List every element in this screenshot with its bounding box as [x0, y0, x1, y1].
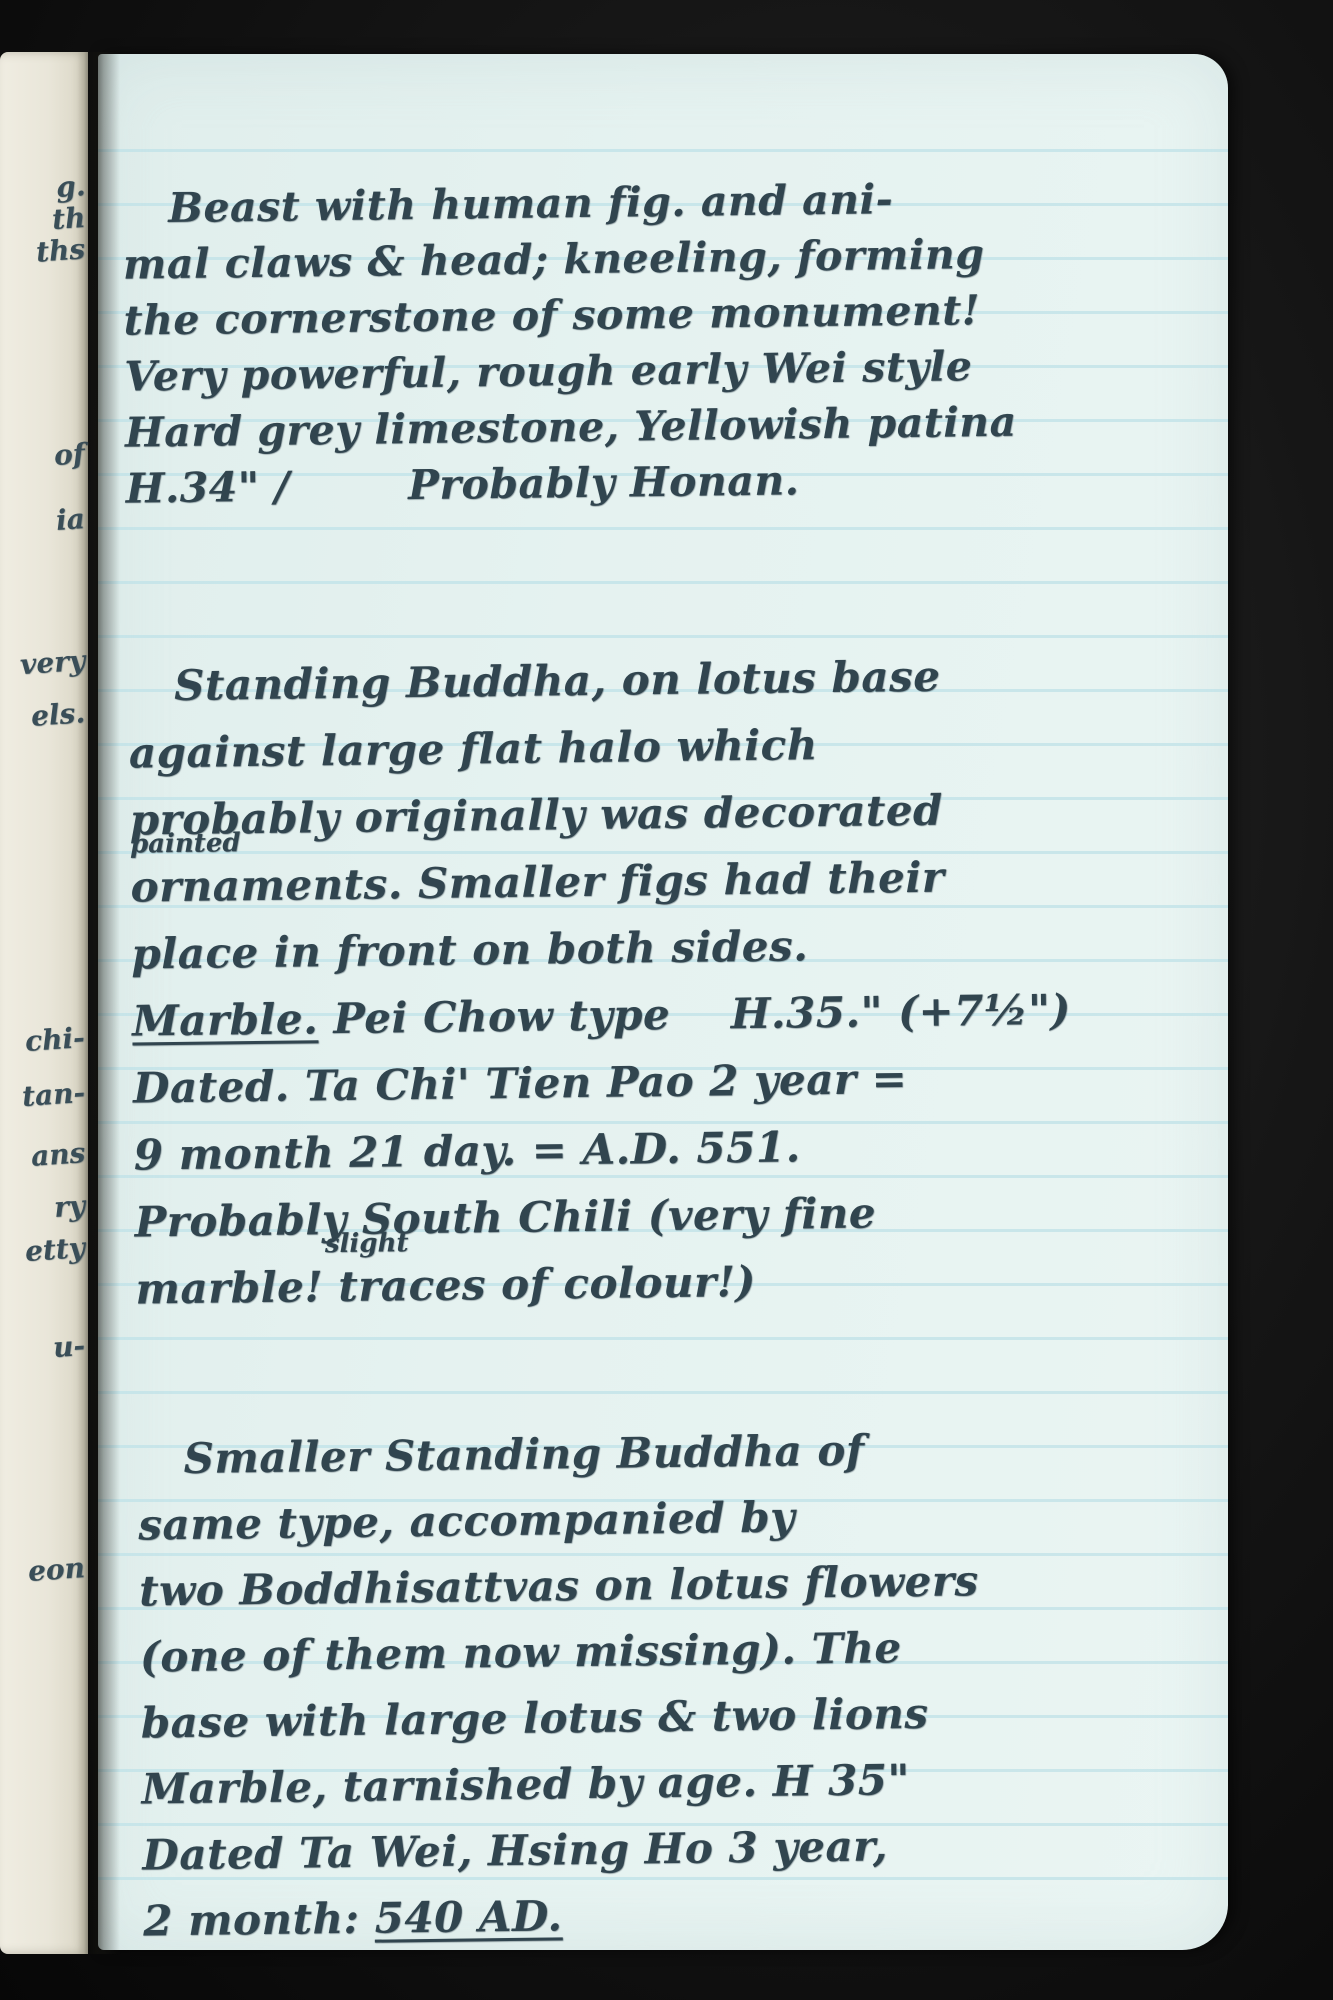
- prev-page-fragment: chi-: [24, 1021, 86, 1058]
- prev-page-fragment: etty: [24, 1231, 86, 1268]
- notebook-page: Beast with human fig. and ani-mal claws …: [98, 54, 1228, 1950]
- handwritten-line: Probably South Chili (very fine: [134, 1176, 1185, 1256]
- handwritten-content: Beast with human fig. and ani-mal claws …: [120, 48, 1213, 1957]
- handwritten-line: place in front on both sides.: [131, 908, 1182, 988]
- prev-page-fragment: eon: [27, 1551, 86, 1588]
- paragraph-beast: Beast with human fig. and ani-mal claws …: [122, 168, 1176, 517]
- prev-page-fragment: ans: [30, 1136, 86, 1173]
- prev-page-fragment: of: [53, 437, 86, 472]
- prev-page-fragment: g.: [55, 169, 87, 204]
- underlined-text: 540 AD.: [374, 1891, 563, 1942]
- handwritten-line: H.34" / Probably Honan.: [125, 448, 1176, 517]
- prev-page-fragment: ia: [55, 502, 86, 537]
- prev-page-fragment: ry: [53, 1189, 86, 1224]
- prev-page-fragment: tan-: [21, 1076, 86, 1113]
- handwritten-line: 9 month 21 day. = A.D. 551.: [133, 1109, 1184, 1189]
- previous-page-edge: g.ththsofiaveryels.chi-tan-ansryettyu-eo…: [0, 52, 88, 1954]
- prev-page-fragment: els.: [30, 696, 86, 733]
- photo-background: g.ththsofiaveryels.chi-tan-ansryettyu-eo…: [0, 0, 1333, 2000]
- prev-page-fragment: ths: [35, 232, 86, 268]
- underlined-text: Marble.: [132, 994, 319, 1045]
- paragraph-smaller-buddha: Smaller Standing Buddha ofsame type, acc…: [137, 1414, 1193, 1955]
- interline-insertion: slight: [325, 1230, 409, 1257]
- prev-page-fragment: th: [51, 201, 87, 236]
- interline-insertion: painted: [130, 830, 241, 857]
- handwritten-line: Marble. Pei Chow type H.35." (+7½"): [132, 975, 1183, 1055]
- handwritten-line: probably originally was decorated: [129, 774, 1180, 854]
- prev-page-fragment: very: [19, 644, 86, 681]
- paragraph-standing-buddha: Standing Buddha, on lotus baseagainst la…: [128, 640, 1186, 1323]
- handwritten-line: against large flat halo which: [129, 707, 1180, 787]
- handwritten-line: Dated. Ta Chi' Tien Pao 2 year =: [133, 1042, 1184, 1122]
- page-gutter-shadow: [84, 52, 120, 1954]
- handwritten-line: ornaments. Smaller figs had theirpainted: [130, 841, 1181, 921]
- handwritten-line: Standing Buddha, on lotus base: [128, 640, 1179, 720]
- handwritten-line: marble! traces of colour!)slight: [135, 1243, 1186, 1323]
- prev-page-fragment: u-: [52, 1329, 86, 1364]
- handwritten-line: 2 month: 540 AD.: [143, 1876, 1194, 1955]
